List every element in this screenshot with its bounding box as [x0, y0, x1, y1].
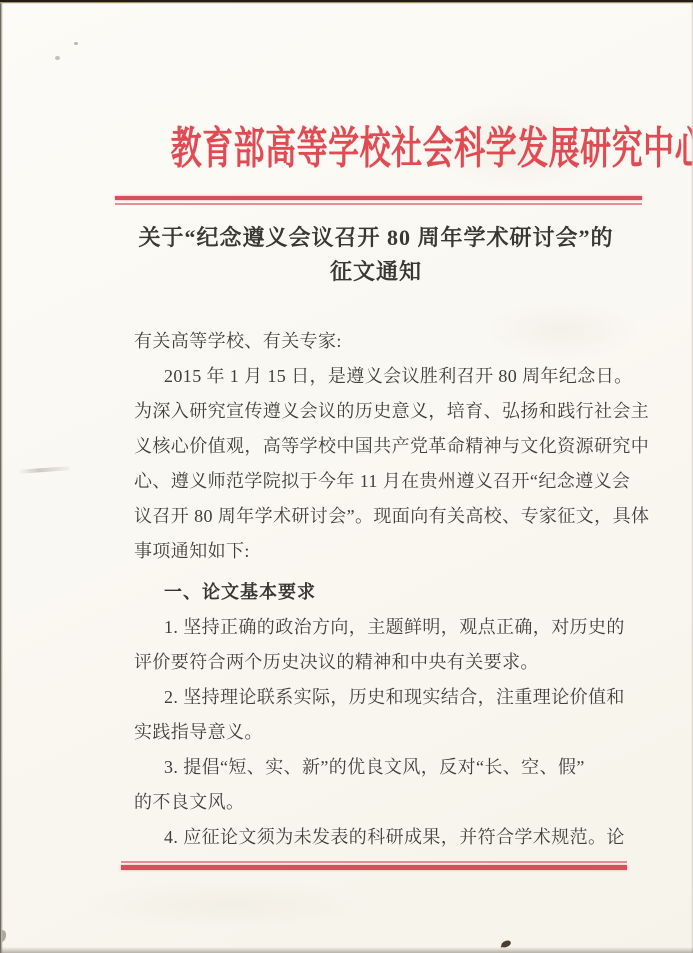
body-line: 2. 坚持理论联系实际，历史和现实结合，注重理论价值和	[134, 680, 640, 715]
document-title-line-2: 征文通知	[56, 255, 693, 289]
letterhead-text: 教育部高等学校社会科学发展研究中心	[171, 120, 693, 178]
footer-double-rule	[121, 861, 627, 870]
document-title-line-1: 关于“纪念遵义会议召开 80 周年学术研讨会”的	[56, 221, 693, 255]
body-line: 事项通知如下:	[134, 534, 640, 569]
body-line: 1. 坚持正确的政治方向，主题鲜明，观点正确，对历史的	[134, 610, 640, 645]
section-heading: 一、论文基本要求	[134, 575, 640, 610]
body-line: 3. 提倡“短、实、新”的优良文风，反对“长、空、假”	[134, 750, 640, 785]
body-line: 4. 应征论文须为未发表的科研成果，并符合学术规范。论	[134, 820, 640, 855]
scanned-notice-page: 教育部高等学校社会科学发展研究中心 关于“纪念遵义会议召开 80 周年学术研讨会…	[0, 0, 693, 953]
document-title: 关于“纪念遵义会议召开 80 周年学术研讨会”的 征文通知	[56, 221, 693, 289]
rule-thin-line	[115, 203, 642, 205]
scan-edge-bottom	[0, 947, 693, 953]
body-line: 议召开 80 周年学术研讨会”。现面向有关高校、专家征文，具体	[134, 499, 640, 534]
body-line: 的不良文风。	[134, 785, 640, 820]
body-line: 评价要符合两个历史决议的精神和中央有关要求。	[134, 645, 640, 680]
scan-smudge	[80, 880, 380, 930]
body-line: 2015 年 1 月 15 日，是遵义会议胜利召开 80 周年纪念日。	[134, 359, 640, 394]
scan-speck	[55, 56, 60, 60]
body-text: 有关高等学校、有关专家: 2015 年 1 月 15 日，是遵义会议胜利召开 8…	[134, 324, 640, 855]
letterhead-title: 教育部高等学校社会科学发展研究中心	[56, 120, 693, 178]
rule-thick-line	[121, 865, 627, 870]
body-line: 实践指导意义。	[134, 715, 640, 750]
paper-crease	[18, 466, 70, 474]
letterhead-double-rule	[115, 196, 642, 205]
body-line: 义核心价值观，高等学校中国共产党革命精神与文化资源研究中	[134, 429, 640, 464]
body-line: 心、遵义师范学院拟于今年 11 月在贵州遵义召开“纪念遵义会	[134, 464, 640, 499]
scan-speck	[74, 42, 78, 45]
scan-edge-left	[0, 0, 4, 953]
body-line: 为深入研究宣传遵义会议的历史意义，培育、弘扬和践行社会主	[134, 394, 640, 429]
scan-edge-top	[0, 0, 693, 4]
salutation-line: 有关高等学校、有关专家:	[134, 324, 640, 359]
